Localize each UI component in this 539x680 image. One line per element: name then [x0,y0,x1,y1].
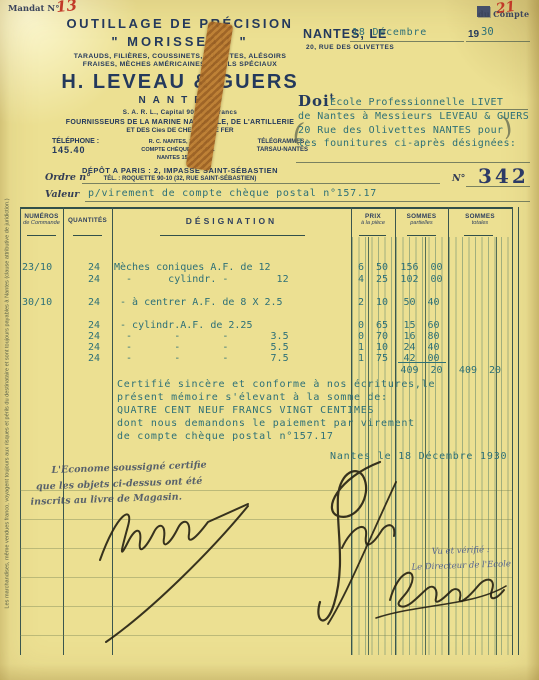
suppliers-line-1: FOURNISSEURS DE LA MARINE NATIONALE, DE … [52,119,308,126]
header-underline [407,235,436,236]
header-underline [359,235,386,236]
letterhead: OUTILLAGE DE PRÉCISION " MORISSEAU " TAR… [52,16,308,182]
col-header-sommes-partielles: SOMMES partielles [395,213,448,226]
total-partielle: 409 20 [395,365,448,376]
col-header-quantites: QUANTITÉS [63,217,112,224]
year-print: 19 [468,29,479,40]
header-underline [464,235,493,236]
mandat-number-handwritten: 13 [55,0,78,16]
table-row: 30/1024 - à centrer A.F. de 8 X 2.52 105… [20,286,520,298]
table-row: 24 - - - 7.51 7542 00 [20,342,520,354]
total-totale: 409 20 [448,365,512,376]
suppliers-line-2: ET DES Cies DE CHEMINS DE FER [52,127,308,134]
company-city: NANTES [52,95,308,106]
table-row: 23/1024Mèches coniques A.F. de 126 50156… [20,251,520,263]
header-underline [27,235,56,236]
table-top-border [20,207,512,209]
company-name: H. LEVEAU & GUERS [52,71,308,94]
ordre-rule [82,183,440,184]
invoice-number-stamp: 342 [478,164,529,188]
valeur-value: p/virement de compte chèque postal n°157… [88,188,377,199]
invoice-sheet: Les marchandises, même vendues franco, v… [0,0,539,680]
ordre-label: Ordre n° [45,172,91,183]
date-typed: 18 Décembre [352,27,427,38]
col-header-designation: DÉSIGNATION [112,216,351,226]
company-capital: S. A. R. L., Capital 900.000 Francs [52,109,308,116]
col-header-numeros: NUMÉROS de Commande [20,213,63,226]
header-underline [73,235,102,236]
numero-rule [466,186,530,187]
phone-number: 145.40 [52,146,99,154]
date-rule [350,41,464,42]
table-row: 24 - cylindr. - 124 25102 00 [20,263,520,275]
table-total-row: 409 20409 20 [20,354,520,366]
street-address: 20, RUE DES OLIVETTES [306,44,394,51]
director-signature [368,560,513,630]
phone-block: TÉLÉPHONE : 145.40 [52,138,99,162]
year-rule [466,41,530,42]
numero-label: N° [452,173,465,184]
valeur-rule [85,201,530,202]
certification-text: Certifié sincère et conforme à nos écrit… [117,379,435,444]
debtor-address: de Nantes à Messieurs LEVEAU & GUERS 20 … [298,110,529,151]
debtor-rule-2 [296,162,530,163]
corner-suffix: du Compte [478,9,529,19]
letterhead-products-2: FRAISES, MÈCHES AMÉRICAINES, OUTILS SPÉC… [52,61,308,68]
letterhead-products-1: TARAUDS, FILIÈRES, COUSSINETS, LUNETTES,… [52,53,308,60]
letterhead-title: OUTILLAGE DE PRÉCISION [52,16,308,31]
year-typed: 30 [481,26,494,38]
mandat-label: Mandat N° [8,4,59,14]
econome-signature [62,490,272,650]
header-underline [160,235,305,236]
debtor-name: Ecole Professionnelle LIVET [330,97,503,108]
letterhead-brand: " MORISSEAU " [52,34,308,49]
col-header-prix: PRIX à la pièce [351,213,395,226]
col-header-sommes-totales: SOMMES totales [448,213,512,226]
valeur-label: Valeur [45,189,79,200]
contact-row: TÉLÉPHONE : 145.40 R. C. NANTES, 1233 B … [52,138,308,162]
edge-conditions-note: Les marchandises, même vendues franco, v… [5,198,12,610]
